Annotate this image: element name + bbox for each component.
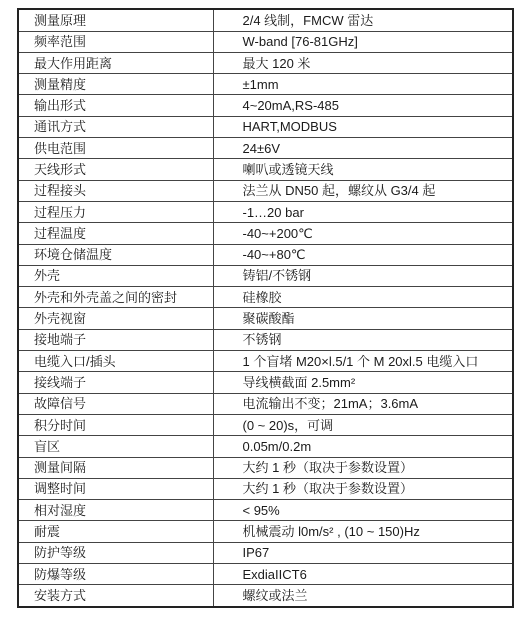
spec-param-label: 外壳和外壳盖之间的密封 [18,287,213,308]
spec-param-value: ExdiaIICT6 [213,563,513,584]
spec-param-value: 1 个盲堵 M20×l.5/1 个 M 20xl.5 电缆入口 [213,351,513,372]
spec-param-label: 外壳 [18,265,213,286]
spec-param-label: 防护等级 [18,542,213,563]
spec-table: 测量原理2/4 线制，FMCW 雷达频率范围W-band [76-81GHz]最… [17,8,514,608]
spec-param-value: 电流输出不变；21mA；3.6mA [213,393,513,414]
spec-param-value: 24±6V [213,138,513,159]
table-row: 防护等级IP67 [18,542,513,563]
spec-param-label: 测量精度 [18,74,213,95]
table-row: 过程压力-1…20 bar [18,201,513,222]
spec-param-label: 天线形式 [18,159,213,180]
table-row: 接线端子导线横截面 2.5mm² [18,372,513,393]
spec-param-value: 聚碳酸酯 [213,308,513,329]
spec-param-value: ±1mm [213,74,513,95]
spec-param-value: < 95% [213,500,513,521]
table-row: 测量原理2/4 线制，FMCW 雷达 [18,9,513,31]
spec-param-value: -40~+80℃ [213,244,513,265]
spec-param-label: 过程压力 [18,201,213,222]
spec-param-label: 积分时间 [18,414,213,435]
spec-param-value: 铸铝/不锈钢 [213,265,513,286]
table-row: 防爆等级ExdiaIICT6 [18,563,513,584]
spec-param-value: 硅橡胶 [213,287,513,308]
table-row: 安装方式螺纹或法兰 [18,585,513,607]
spec-param-label: 相对湿度 [18,500,213,521]
spec-param-label: 接地端子 [18,329,213,350]
table-row: 故障信号电流输出不变；21mA；3.6mA [18,393,513,414]
spec-param-label: 测量间隔 [18,457,213,478]
spec-param-value: HART,MODBUS [213,116,513,137]
spec-param-value: 2/4 线制，FMCW 雷达 [213,9,513,31]
spec-param-label: 盲区 [18,436,213,457]
spec-param-value: 法兰从 DN50 起，螺纹从 G3/4 起 [213,180,513,201]
table-row: 频率范围W-band [76-81GHz] [18,31,513,52]
spec-param-label: 耐震 [18,521,213,542]
spec-param-label: 最大作用距离 [18,52,213,73]
spec-param-label: 电缆入口/插头 [18,351,213,372]
spec-param-label: 输出形式 [18,95,213,116]
table-row: 盲区0.05m/0.2m [18,436,513,457]
spec-param-label: 过程接头 [18,180,213,201]
table-row: 过程温度-40~+200℃ [18,223,513,244]
spec-param-label: 供电范围 [18,138,213,159]
spec-param-label: 安装方式 [18,585,213,607]
spec-param-value: 不锈钢 [213,329,513,350]
table-row: 天线形式喇叭或透镜天线 [18,159,513,180]
table-row: 电缆入口/插头1 个盲堵 M20×l.5/1 个 M 20xl.5 电缆入口 [18,351,513,372]
spec-param-value: 导线横截面 2.5mm² [213,372,513,393]
table-row: 测量精度±1mm [18,74,513,95]
spec-param-value: -40~+200℃ [213,223,513,244]
spec-param-value: W-band [76-81GHz] [213,31,513,52]
table-row: 最大作用距离最大 120 米 [18,52,513,73]
table-row: 积分时间(0 ~ 20)s，可调 [18,414,513,435]
table-row: 通讯方式HART,MODBUS [18,116,513,137]
spec-param-value: 螺纹或法兰 [213,585,513,607]
spec-param-value: 最大 120 米 [213,52,513,73]
spec-param-value: 0.05m/0.2m [213,436,513,457]
spec-param-value: -1…20 bar [213,201,513,222]
spec-param-value: 大约 1 秒（取决于参数设置） [213,457,513,478]
table-row: 接地端子不锈钢 [18,329,513,350]
spec-param-label: 接线端子 [18,372,213,393]
table-row: 外壳和外壳盖之间的密封硅橡胶 [18,287,513,308]
spec-param-label: 测量原理 [18,9,213,31]
table-row: 相对湿度< 95% [18,500,513,521]
spec-param-label: 过程温度 [18,223,213,244]
spec-param-label: 故障信号 [18,393,213,414]
table-row: 外壳铸铝/不锈钢 [18,265,513,286]
spec-param-value: 机械震动 l0m/s² , (10 ~ 150)Hz [213,521,513,542]
spec-param-value: (0 ~ 20)s，可调 [213,414,513,435]
table-row: 外壳视窗聚碳酸酯 [18,308,513,329]
table-row: 调整时间大约 1 秒（取决于参数设置） [18,478,513,499]
spec-param-value: IP67 [213,542,513,563]
table-row: 耐震机械震动 l0m/s² , (10 ~ 150)Hz [18,521,513,542]
spec-param-value: 4~20mA,RS-485 [213,95,513,116]
spec-param-label: 通讯方式 [18,116,213,137]
spec-param-label: 防爆等级 [18,563,213,584]
spec-param-value: 喇叭或透镜天线 [213,159,513,180]
spec-table-body: 测量原理2/4 线制，FMCW 雷达频率范围W-band [76-81GHz]最… [18,9,513,607]
spec-param-label: 调整时间 [18,478,213,499]
table-row: 过程接头法兰从 DN50 起，螺纹从 G3/4 起 [18,180,513,201]
spec-param-label: 频率范围 [18,31,213,52]
table-row: 供电范围24±6V [18,138,513,159]
spec-param-label: 外壳视窗 [18,308,213,329]
table-row: 输出形式4~20mA,RS-485 [18,95,513,116]
table-row: 测量间隔大约 1 秒（取决于参数设置） [18,457,513,478]
spec-param-label: 环境仓储温度 [18,244,213,265]
spec-param-value: 大约 1 秒（取决于参数设置） [213,478,513,499]
table-row: 环境仓储温度-40~+80℃ [18,244,513,265]
